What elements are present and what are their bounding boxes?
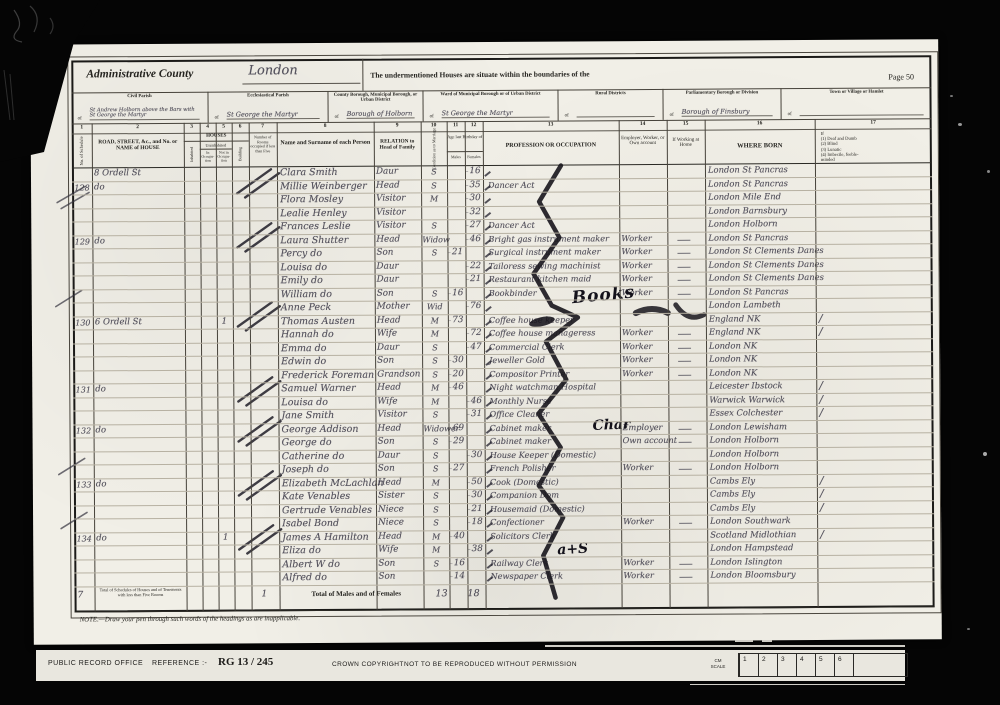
cell-condition: S [424, 489, 448, 503]
cell-street: do [94, 234, 180, 248]
cell-age-f: 38 [466, 543, 484, 557]
reference-strip: PUBLIC RECORD OFFICE REFERENCE :- RG 13 … [36, 650, 905, 681]
column-number: 12 [465, 122, 483, 128]
cell-age-f: 30 [464, 192, 482, 206]
cell-street: 6 Ordell St [95, 315, 181, 329]
form-note: NOTE.—Draw your pen through such words o… [80, 614, 500, 624]
film-speck [987, 170, 990, 173]
cm-scale-cell: 3 [777, 654, 796, 676]
cell-born: London St Pancras [708, 177, 812, 191]
cell-occupation: Coffee house keeper [489, 313, 617, 327]
cell-occupation: Surgical instrument maker [488, 245, 616, 259]
cell-occupation: Railway Clerk [490, 556, 618, 570]
cell-condition: M [424, 476, 448, 490]
cell-relation: Niece [378, 503, 421, 517]
cell-condition: Widower [423, 422, 447, 436]
cell-relation: Wife [377, 395, 420, 409]
district-value: St George the Martyr [227, 112, 320, 119]
cell-employer: Worker [622, 339, 666, 353]
cell-age-f: 21 [466, 503, 484, 517]
cell-age-f: 35 [464, 179, 482, 193]
cell-name: Eliza do [282, 544, 374, 558]
cell-name: George Addison [281, 422, 373, 436]
header-building: Building [232, 141, 249, 166]
cell-sched: 131 [73, 383, 93, 397]
cell-relation: Daur [376, 260, 419, 274]
district-value [800, 114, 924, 116]
cell-age-m: 16 [447, 287, 465, 301]
copyright-separator: - [392, 661, 394, 668]
cell-infirmity: ∕ [819, 392, 839, 406]
cell-condition: S [422, 219, 446, 233]
cell-relation: Head [377, 381, 420, 395]
cell-condition: S [423, 287, 447, 301]
cell-employer: Worker [621, 245, 665, 259]
cell-born: Cambs Ely [710, 487, 814, 501]
cell-born: London Bloomsbury [710, 568, 814, 582]
header-where-born: WHERE BORN [705, 142, 815, 150]
cell-age-f: 50 [466, 476, 484, 490]
cell-occupation: Confectioner [490, 515, 618, 529]
cell-occupation: House Keeper (Domestic) [490, 448, 618, 462]
cell-born: London St Pancras [708, 163, 812, 177]
cell-born: Scotland Midlothian [710, 527, 814, 541]
cell-relation: Head [376, 233, 419, 247]
census-page: Administrative County London The underme… [30, 39, 942, 645]
header-employer: Employer, Worker, or Own account [619, 136, 667, 146]
cell-condition: S [424, 435, 448, 449]
district-label: County Borough, Municipal Borough, or Ur… [330, 92, 420, 103]
cell-condition: Widow [422, 233, 446, 247]
cm-scale-cell-empty [853, 654, 907, 676]
cell-name: Hannah do [281, 328, 373, 342]
undermentioned-text: The undermentioned Houses are situate wi… [370, 69, 670, 80]
totals-rooms-value: 1 [262, 589, 268, 599]
header-condition: Condition as to Marriage [421, 131, 447, 165]
cell-condition: M [424, 530, 448, 544]
cell-born: London Mile End [708, 190, 812, 204]
cm-scale-cell: 1 [739, 654, 758, 676]
cell-born: London Southwark [710, 514, 814, 528]
cell-occupation: Companion Dom [490, 488, 618, 502]
column-number: 15 [667, 121, 705, 127]
cell-relation: Visitor [376, 192, 419, 206]
cell-relation: Son [377, 354, 420, 368]
cm-scale: 123456 [738, 653, 908, 677]
cell-relation: Sister [378, 489, 421, 503]
column-number: 11 [447, 122, 465, 128]
cell-relation: Son [378, 557, 421, 571]
header-females: Females [465, 154, 483, 159]
cell-occupation: Solicitors Clerk [490, 529, 618, 543]
cell-street: 8 Ordell St [94, 167, 180, 181]
cell-condition: S [424, 557, 448, 571]
cell-condition: S [422, 165, 446, 179]
district-box: Ward of Municipal Borough or of Urban Di… [423, 90, 558, 122]
district-box: County Borough, Municipal Borough, or Ur… [328, 90, 423, 122]
cell-relation: Daur [377, 341, 420, 355]
column-number: 9 [374, 122, 421, 128]
cell-born: London Holborn [710, 433, 814, 447]
totals-schedules-label: Total of Schedules of Houses and of Tene… [96, 587, 184, 598]
cell-name: Alfred do [282, 571, 374, 585]
district-label: Ward of Municipal Borough or of Urban Di… [425, 92, 555, 98]
column-number: 5 [216, 124, 232, 130]
cell-age-f: 18 [466, 516, 484, 530]
cell-born: London NK [709, 366, 813, 380]
cm-scale-cell: 2 [758, 654, 777, 676]
cell-relation: Head [376, 179, 419, 193]
cell-age-f: 16 [464, 165, 482, 179]
cell-born: London St Clements Danes [708, 258, 812, 272]
film-rule [545, 645, 905, 647]
column-number: 17 [815, 119, 932, 126]
cell-born: London Lambeth [709, 298, 813, 312]
cell-employer: Own account [623, 434, 667, 448]
cell-house: 1 [219, 531, 232, 545]
cell-name: Thomas Austen [281, 314, 373, 328]
district-label: Parliamentary Borough or Division [665, 90, 778, 96]
cell-name: Percy do [280, 247, 372, 261]
cell-age-f: 32 [464, 206, 482, 220]
column-number: 13 [483, 121, 619, 128]
column-number: 6 [232, 123, 249, 129]
cell-age-f: 46 [465, 395, 483, 409]
cell-street: do [96, 477, 182, 491]
cell-relation: Son [376, 246, 419, 260]
cell-name: Jane Smith [281, 409, 373, 423]
cell-relation: Wife [378, 543, 421, 557]
cell-sched: 128 [72, 181, 92, 195]
cell-age-f: 31 [465, 408, 483, 422]
cell-relation: Visitor [376, 206, 419, 220]
cell-born: London St Pancras [708, 231, 812, 245]
cell-born: London Lewisham [709, 420, 813, 434]
cell-age-f: 27 [464, 219, 482, 233]
cell-condition: S [424, 462, 448, 476]
district-label: Ecclesiastical Parish [210, 93, 325, 99]
cell-relation: Daur [378, 449, 421, 463]
cell-condition: M [423, 314, 447, 328]
cell-relation: Niece [378, 516, 421, 530]
cell-age-m: 16 [448, 557, 466, 571]
cell-relation: Head [377, 422, 420, 436]
cell-employer: Worker [621, 231, 665, 245]
cell-age-m: 30 [447, 354, 465, 368]
cell-name: Albert W do [282, 557, 374, 571]
cell-name: Flora Mosley [280, 193, 372, 207]
cell-occupation: Newspaper Clerk [490, 569, 618, 583]
cell-infirmity: ∕ [819, 379, 839, 393]
cell-age-m: 21 [446, 246, 464, 260]
cell-street: do [96, 531, 182, 545]
cell-born: Warwick Warwick [709, 393, 813, 407]
cell-employer: Worker [622, 353, 666, 367]
film-leader-marks [0, 0, 140, 150]
header-rooms: Number of Rooms occupied if less than Fi… [250, 135, 276, 154]
cell-condition: M [423, 327, 447, 341]
cell-street: do [95, 423, 181, 437]
cell-occupation: Dancer Act [488, 218, 616, 232]
cell-relation: Visitor [377, 408, 420, 422]
cell-condition: S [423, 368, 447, 382]
header-profession: PROFESSION OR OCCUPATION [483, 142, 619, 149]
district-value: Borough of Holborn [347, 112, 415, 119]
cell-name: Louisa do [281, 395, 373, 409]
cm-scale-cell: 5 [815, 654, 834, 676]
cell-name: Lealie Henley [280, 206, 372, 220]
cell-employer: Worker [621, 258, 665, 272]
reference-number: RG 13 / 245 [218, 656, 273, 668]
column-number: 7 [249, 123, 277, 129]
cell-name: Isabel Bond [282, 517, 374, 531]
film-rule [762, 640, 772, 642]
cell-born: London Hampstead [710, 541, 814, 555]
ink-annotation-char: Char [592, 416, 630, 434]
reference-label: REFERENCE :- [152, 660, 207, 667]
cell-age-f: 21 [465, 273, 483, 287]
cell-born: London Barnsbury [708, 204, 812, 218]
district-value: St George the Martyr [442, 111, 550, 118]
cell-name: George do [282, 436, 374, 450]
cell-sched: 133 [74, 478, 94, 492]
cell-condition: S [423, 341, 447, 355]
cell-born: London Islington [710, 554, 814, 568]
cell-age-f: 30 [466, 489, 484, 503]
cell-relation: Daur [377, 273, 420, 287]
totals-females-value: 18 [468, 588, 480, 599]
cell-born: Cambs Ely [710, 500, 814, 514]
cell-condition: S [423, 408, 447, 422]
cell-born: London St Clements Danes [709, 271, 813, 285]
cell-infirmity: ∕ [819, 406, 839, 420]
cell-condition: M [423, 395, 447, 409]
cell-relation: Head [378, 476, 421, 490]
cell-age-m: 40 [448, 530, 466, 544]
cell-condition: S [424, 449, 448, 463]
district-label: Town or Village or Hamlet [783, 89, 929, 95]
cell-age-m: 14 [448, 570, 466, 584]
column-number: 4 [200, 124, 216, 130]
cell-relation: Daur [376, 165, 419, 179]
cell-name: Millie Weinberger [280, 179, 372, 193]
column-number: 10 [421, 122, 447, 128]
cell-occupation: Jeweller Gold [489, 353, 617, 367]
cell-name: Emily do [281, 274, 373, 288]
cell-born: London St Clements Danes [708, 244, 812, 258]
cell-name: Samuel Warner [281, 382, 373, 396]
header-name-surname: Name and Surname of each Person [279, 140, 372, 147]
cell-occupation: French Polisher [490, 461, 618, 475]
cell-condition: M [423, 381, 447, 395]
cell-born: London Holborn [710, 447, 814, 461]
cell-employer: Worker [623, 555, 667, 569]
cell-age-f: 72 [465, 327, 483, 341]
cell-name: James A Hamilton [282, 530, 374, 544]
cell-born: London Holborn [710, 460, 814, 474]
district-box: Parliamentary Borough or DivisionofBorou… [663, 88, 781, 120]
column-number: 8 [277, 123, 374, 130]
column-number: 16 [705, 120, 815, 127]
cell-relation: Head [377, 314, 420, 328]
pro-office-label: PUBLIC RECORD OFFICE [48, 660, 143, 667]
film-speck [958, 123, 962, 126]
cell-occupation: Restaurant kitchen maid [489, 272, 617, 286]
cell-relation: Son [378, 570, 421, 584]
cell-infirmity: ∕ [820, 487, 840, 501]
admin-county-value: London [248, 63, 297, 78]
cell-name: Kate Venables [282, 490, 374, 504]
cell-condition: S [424, 503, 448, 517]
cell-age-f: 76 [465, 300, 483, 314]
header-inhabited: Inhabited [184, 142, 200, 167]
film-rule [690, 684, 905, 685]
cell-name: Louisa do [280, 260, 372, 274]
district-value: Borough of Finsbury [682, 110, 773, 117]
district-label: Rural Districts [560, 91, 660, 97]
cell-name: Edwin do [281, 355, 373, 369]
cell-occupation: Bright gas instrument maker [488, 232, 616, 246]
cell-age-m: 46 [447, 381, 465, 395]
cell-name: William do [281, 287, 373, 301]
cell-relation: Visitor [376, 219, 419, 233]
cell-name: Clara Smith [280, 166, 372, 180]
cm-scale-cell: 6 [834, 654, 853, 676]
cell-infirmity: ∕ [819, 311, 839, 325]
cell-born: London NK [709, 339, 813, 353]
district-value [577, 116, 655, 117]
cell-age-m: 20 [447, 368, 465, 382]
header-relation: RELATION to Head of Family [375, 138, 420, 150]
film-speck [983, 452, 987, 456]
cell-employer: Worker [623, 515, 667, 529]
cell-sched: 129 [72, 235, 92, 249]
microfilm-scan: Administrative County London The underme… [0, 0, 1000, 705]
cell-occupation: Coffee house manageress [489, 326, 617, 340]
header-in-occupation: In Occupa- tion [200, 151, 216, 163]
cell-condition: S [424, 516, 448, 530]
cell-born: London Holborn [708, 217, 812, 231]
cell-name: Laura Shutter [280, 233, 372, 247]
cell-employer: Worker [622, 366, 666, 380]
cell-occupation: Compositor Printer [489, 367, 617, 381]
cell-employer: Worker [622, 326, 666, 340]
cell-name: Joseph do [282, 463, 374, 477]
cell-sched: 130 [73, 316, 93, 330]
cell-employer: Worker [623, 569, 667, 583]
film-speck [967, 628, 970, 630]
cell-age-f: 30 [466, 449, 484, 463]
cell-name: Frederick Foreman [281, 368, 373, 382]
cell-relation: Son [377, 287, 420, 301]
cell-name: Frances Leslie [280, 220, 372, 234]
district-box: Ecclesiastical ParishofSt George the Mar… [208, 91, 328, 123]
cell-relation: Son [378, 462, 421, 476]
cell-infirmity: ∕ [820, 500, 840, 514]
cell-house: 1 [218, 315, 231, 329]
cell-sched: 134 [74, 532, 94, 546]
cell-born: London St Pancras [709, 285, 813, 299]
cell-occupation: Cabinet maker [490, 434, 618, 448]
restriction-label: NOT TO BE REPRODUCED WITHOUT PERMISSION [404, 661, 577, 668]
cell-infirmity: ∕ [820, 473, 840, 487]
totals-schedules-value: 7 [78, 590, 84, 600]
district-header-row [30, 39, 938, 45]
header-males: Males [447, 154, 465, 159]
totals-males-value: 13 [436, 588, 448, 599]
cell-name: Catherine do [282, 449, 374, 463]
cell-age-m: 73 [447, 314, 465, 328]
cell-born: Cambs Ely [710, 474, 814, 488]
film-rule [735, 640, 753, 642]
film-speck [950, 95, 953, 97]
cell-infirmity: ∕ [819, 325, 839, 339]
cell-relation: Head [378, 530, 421, 544]
cell-relation: Wife [377, 327, 420, 341]
district-box: Town or Village or Hamletof [781, 87, 931, 119]
cell-street: do [94, 180, 180, 194]
cell-condition: M [422, 192, 446, 206]
page-number: Page 50 [888, 72, 914, 81]
cell-condition: S [422, 179, 446, 193]
cell-condition: S [423, 354, 447, 368]
cell-condition: M [424, 543, 448, 557]
cell-age-f: 47 [465, 341, 483, 355]
cell-born: England NK [709, 312, 813, 326]
cell-occupation: Cook (Domestic) [490, 475, 618, 489]
column-number: 14 [619, 121, 667, 127]
cell-condition: S [422, 246, 446, 260]
header-working-at-home: If Working at Home [667, 138, 705, 148]
cell-occupation: Housemaid (Domestic) [490, 502, 618, 516]
cell-born: London NK [709, 352, 813, 366]
cell-employer: Worker [623, 461, 667, 475]
column-number: 3 [184, 124, 200, 130]
cell-name: Anne Peck [281, 301, 373, 315]
cell-name: Emma do [281, 341, 373, 355]
cell-age-m: 29 [448, 435, 466, 449]
cell-name: Gertrude Venables [282, 503, 374, 517]
header-infirmity: If (1) Deaf and Dumb (2) Blind (3) Lunat… [821, 130, 931, 162]
cell-born: England NK [709, 325, 813, 339]
cell-sched: 132 [73, 424, 93, 438]
cell-relation: Grandson [377, 368, 420, 382]
cell-age-f: 22 [464, 260, 482, 274]
cell-occupation: Commercial Clerk [489, 340, 617, 354]
cell-age-m: 27 [448, 462, 466, 476]
cell-condition: Wid [423, 300, 447, 314]
cell-age-m: 69 [447, 422, 465, 436]
district-box: Rural Districtsof [558, 89, 663, 121]
cell-age-f: 46 [464, 233, 482, 247]
census-table-body: 8 Ordell StClara SmithDaurS16London St P… [30, 39, 938, 45]
cell-occupation: Monthly Nurse [489, 394, 617, 408]
cell-born: Leicester Ibstock [709, 379, 813, 393]
cell-born: Essex Colchester [709, 406, 813, 420]
cell-relation: Son [378, 435, 421, 449]
cell-occupation: Night watchman Hospital [489, 380, 617, 394]
cm-scale-label: CM SCALE [700, 658, 736, 669]
cell-name: Elizabeth McLachlan [282, 476, 374, 490]
column-number-row [30, 39, 938, 45]
cm-scale-cell: 4 [796, 654, 815, 676]
cell-relation: Mother [377, 300, 420, 314]
header-not-in-occupation: Not in Occupa- tion [216, 151, 232, 163]
cell-occupation: Dancer Act [488, 178, 616, 192]
cell-infirmity: ∕ [820, 527, 840, 541]
cell-street: do [95, 383, 181, 397]
cell-occupation: Tailoress sewing machinist [488, 259, 616, 273]
